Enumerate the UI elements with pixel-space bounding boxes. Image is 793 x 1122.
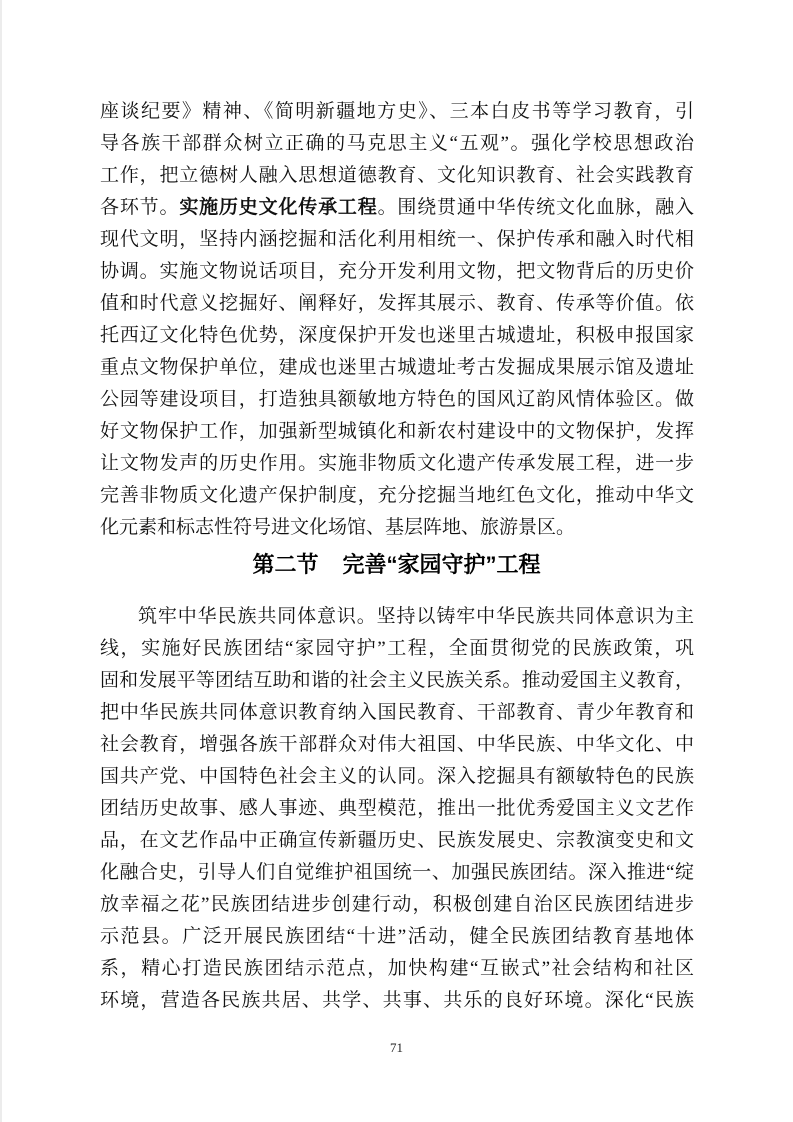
text-run: 环境，营造各民族共居、共学、共事、共乐的良好环境。深化“民族 (100, 990, 694, 1011)
bold-emphasis-text: 实施历史文化传承工程 (179, 197, 377, 218)
text-line: 托西辽文化特色优势，深度保护开发也迷里古城遗址，积极申报国家 (100, 320, 694, 352)
text-run: 示范县。广泛开展民族团结“十进”活动，健全民族团结教育基地体 (100, 926, 694, 947)
text-run: 各环节。 (100, 197, 179, 218)
text-line: 让文物发声的历史作用。实施非物质文化遗产传承发展工程，进一步 (100, 448, 694, 480)
text-run: 托西辽文化特色优势，深度保护开发也迷里古城遗址，积极申报国家 (100, 325, 694, 346)
section-label: 第二节 (252, 552, 318, 577)
text-run: 把中华民族共同体意识教育纳入国民教育、干部教育、青少年教育和 (100, 702, 694, 723)
text-run: 导各族干部群众树立正确的马克思主义“五观”。强化学校思想政治 (100, 133, 694, 154)
text-line: 线，实施好民族团结“家园守护”工程，全面贯彻党的民族政策，巩 (100, 633, 694, 665)
text-line: 值和时代意义挖掘好、阐释好，发挥其展示、教育、传承等价值。依 (100, 288, 694, 320)
text-line: 各环节。实施历史文化传承工程。围绕贯通中华传统文化血脉，融入 (100, 192, 694, 224)
text-line: 固和发展平等团结互助和谐的社会主义民族关系。推动爱国主义教育， (100, 665, 694, 697)
text-run: 好文物保护工作，加强新型城镇化和新农村建设中的文物保护，发挥 (100, 421, 694, 442)
text-run: 让文物发声的历史作用。实施非物质文化遗产传承发展工程，进一步 (100, 453, 694, 474)
text-run: 团结历史故事、感人事迹、典型模范，推出一批优秀爱国主义文艺作 (100, 798, 694, 819)
paragraph-body: 筑牢中华民族共同体意识。坚持以铸牢中华民族共同体意识为主线，实施好民族团结“家园… (100, 601, 694, 1017)
page-number: 71 (0, 1040, 793, 1056)
text-run: 工作，把立德树人融入思想道德教育、文化知识教育、社会实践教育 (100, 165, 694, 186)
section-title: 完善“家园守护”工程 (343, 552, 541, 577)
text-run: 固和发展平等团结互助和谐的社会主义民族关系。推动爱国主义教育， (100, 670, 694, 691)
text-line: 化融合史，引导人们自觉维护祖国统一、加强民族团结。深入推进“绽 (100, 857, 694, 889)
text-run: 座谈纪要》精神、《简明新疆地方史》、三本白皮书等学习教育，引 (100, 101, 694, 122)
text-line: 示范县。广泛开展民族团结“十进”活动，健全民族团结教育基地体 (100, 921, 694, 953)
text-run: 品，在文艺作品中正确宣传新疆历史、民族发展史、宗教演变史和文 (100, 830, 694, 851)
text-run: 完善非物质文化遗产保护制度，充分挖掘当地红色文化，推动中华文 (100, 485, 694, 506)
text-run: 值和时代意义挖掘好、阐释好，发挥其展示、教育、传承等价值。依 (100, 293, 694, 314)
text-line: 筑牢中华民族共同体意识。坚持以铸牢中华民族共同体意识为主 (100, 601, 694, 633)
paragraph-continued: 座谈纪要》精神、《简明新疆地方史》、三本白皮书等学习教育，引导各族干部群众树立正… (100, 96, 694, 544)
section-heading: 第二节完善“家园守护”工程 (0, 550, 793, 580)
text-run: 筑牢中华民族共同体意识。坚持以铸牢中华民族共同体意识为主 (138, 606, 694, 627)
text-line: 导各族干部群众树立正确的马克思主义“五观”。强化学校思想政治 (100, 128, 694, 160)
text-line: 环境，营造各民族共居、共学、共事、共乐的良好环境。深化“民族 (100, 985, 694, 1017)
text-run: 化元素和标志性符号进文化场馆、基层阵地、旅游景区。 (100, 517, 575, 538)
text-line: 团结历史故事、感人事迹、典型模范，推出一批优秀爱国主义文艺作 (100, 793, 694, 825)
text-run: 社会教育，增强各族干部群众对伟大祖国、中华民族、中华文化、中 (100, 734, 694, 755)
document-page: 座谈纪要》精神、《简明新疆地方史》、三本白皮书等学习教育，引导各族干部群众树立正… (0, 0, 793, 1122)
text-line: 社会教育，增强各族干部群众对伟大祖国、中华民族、中华文化、中 (100, 729, 694, 761)
text-line: 品，在文艺作品中正确宣传新疆历史、民族发展史、宗教演变史和文 (100, 825, 694, 857)
text-run: 公园等建设项目，打造独具额敏地方特色的国风辽韵风情体验区。做 (100, 389, 694, 410)
text-line: 工作，把立德树人融入思想道德教育、文化知识教育、社会实践教育 (100, 160, 694, 192)
text-run: 。围绕贯通中华传统文化血脉，融入 (378, 197, 694, 218)
text-run: 国共产党、中国特色社会主义的认同。深入挖掘具有额敏特色的民族 (100, 766, 694, 787)
text-line: 好文物保护工作，加强新型城镇化和新农村建设中的文物保护，发挥 (100, 416, 694, 448)
text-line: 重点文物保护单位，建成也迷里古城遗址考古发掘成果展示馆及遗址 (100, 352, 694, 384)
text-line: 座谈纪要》精神、《简明新疆地方史》、三本白皮书等学习教育，引 (100, 96, 694, 128)
text-line: 协调。实施文物说话项目，充分开发利用文物，把文物背后的历史价 (100, 256, 694, 288)
text-run: 放幸福之花”民族团结进步创建行动，积极创建自治区民族团结进步 (100, 894, 694, 915)
text-run: 化融合史，引导人们自觉维护祖国统一、加强民族团结。深入推进“绽 (100, 862, 694, 883)
text-line: 现代文明，坚持内涵挖掘和活化利用相统一、保护传承和融入时代相 (100, 224, 694, 256)
text-run: 重点文物保护单位，建成也迷里古城遗址考古发掘成果展示馆及遗址 (100, 357, 694, 378)
text-line: 放幸福之花”民族团结进步创建行动，积极创建自治区民族团结进步 (100, 889, 694, 921)
text-run: 协调。实施文物说话项目，充分开发利用文物，把文物背后的历史价 (100, 261, 694, 282)
text-line: 把中华民族共同体意识教育纳入国民教育、干部教育、青少年教育和 (100, 697, 694, 729)
text-line: 公园等建设项目，打造独具额敏地方特色的国风辽韵风情体验区。做 (100, 384, 694, 416)
text-run: 系，精心打造民族团结示范点，加快构建“互嵌式”社会结构和社区 (100, 958, 694, 979)
text-line: 国共产党、中国特色社会主义的认同。深入挖掘具有额敏特色的民族 (100, 761, 694, 793)
text-run: 线，实施好民族团结“家园守护”工程，全面贯彻党的民族政策，巩 (100, 638, 694, 659)
text-line: 化元素和标志性符号进文化场馆、基层阵地、旅游景区。 (100, 512, 694, 544)
text-line: 系，精心打造民族团结示范点，加快构建“互嵌式”社会结构和社区 (100, 953, 694, 985)
text-run: 现代文明，坚持内涵挖掘和活化利用相统一、保护传承和融入时代相 (100, 229, 694, 250)
text-line: 完善非物质文化遗产保护制度，充分挖掘当地红色文化，推动中华文 (100, 480, 694, 512)
